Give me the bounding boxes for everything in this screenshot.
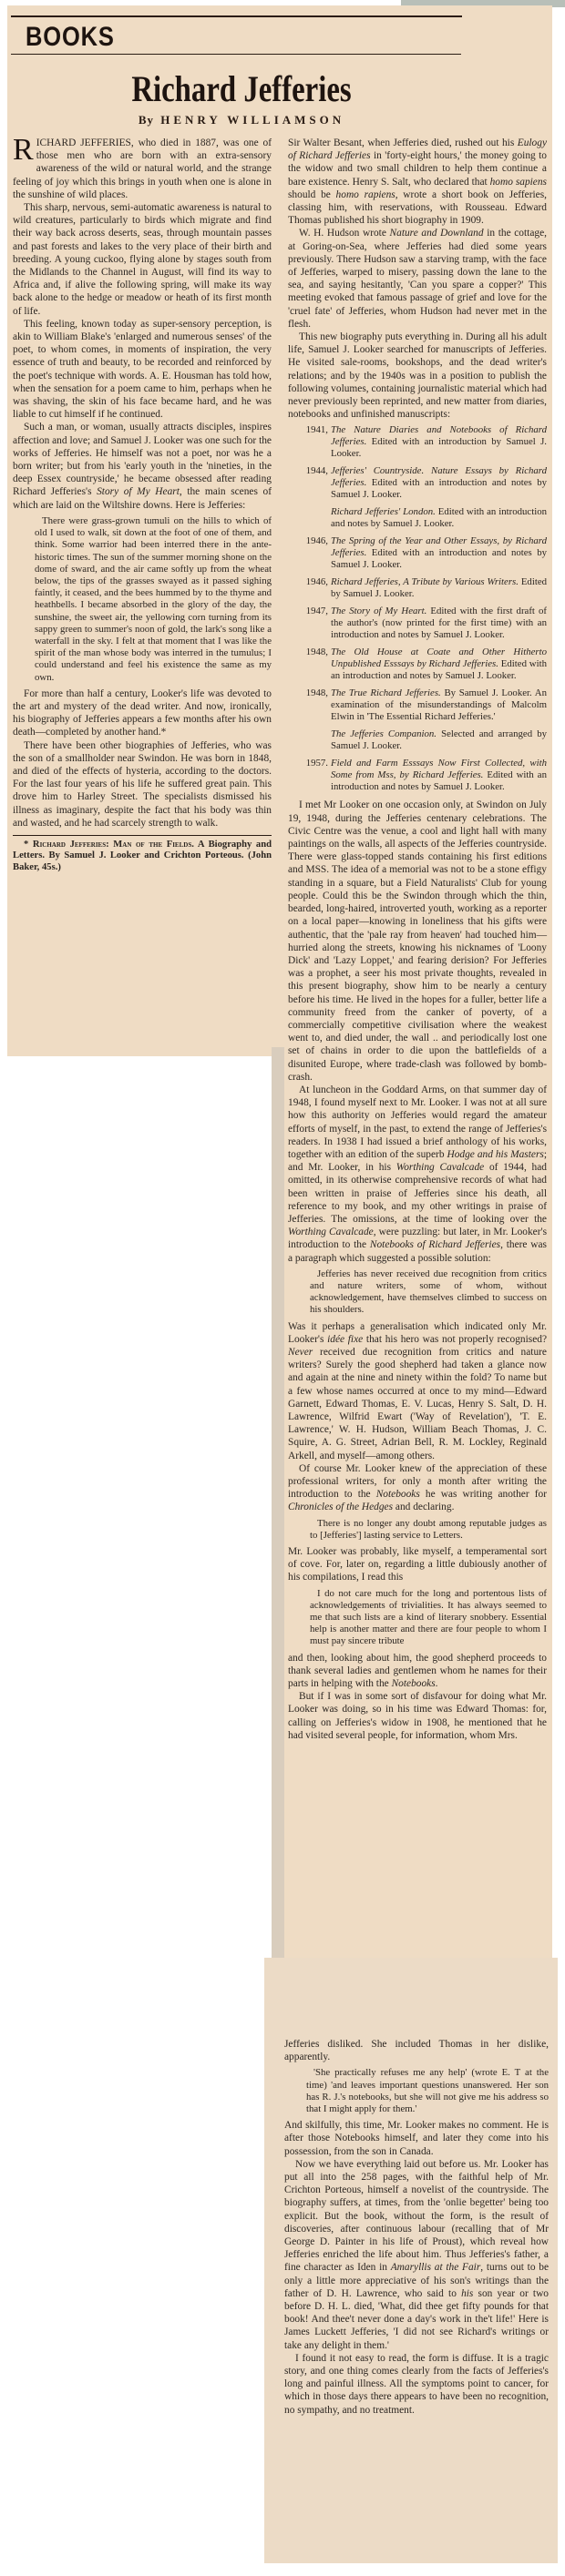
book-year: 1941, [301,424,331,460]
paragraph: For more than half a century, Looker's l… [13,687,272,739]
book-year: 1947, [301,606,331,641]
drop-cap: R [13,137,34,163]
book-list-item: 1948,The True Richard Jefferies. By Samu… [288,687,547,723]
paragraph: W. H. Hudson wrote Nature and Downland i… [288,227,547,331]
byline-author: HENRY WILLIAMSON [160,113,344,127]
book-year: 1944, [301,465,331,501]
footnote-rule [13,835,272,836]
book-list-item: 1957.Field and Farm Esssays Now First Co… [288,758,547,793]
book-year: 1946, [301,576,331,600]
book-list-item: The Jefferies Companion. Selected and ar… [288,728,547,752]
block-quote: There were grass-grown tumuli on the hil… [35,515,272,684]
paragraph: This new biography puts everything in. D… [288,331,547,421]
block-quote: Jefferies has never received due recogni… [310,1268,547,1317]
book-description: The Spring of the Year and Other Essays,… [331,535,547,571]
article-right-column: Sir Walter Besant, when Jefferies died, … [288,137,547,1742]
article-left-column: RICHARD JEFFERIES, who died in 1887, was… [13,137,272,873]
book-description: Richard Jefferies, A Tribute by Various … [331,576,547,600]
header-rule [11,54,461,55]
book-description: Jefferies' Countryside. Nature Essays by… [331,465,547,501]
book-description: The Jefferies Companion. Selected and ar… [331,728,547,752]
book-list-item: 1948,The Old House at Coate and Other Hi… [288,647,547,682]
paragraph: Was it perhaps a generalisation which in… [288,1320,547,1462]
section-label: BOOKS [26,22,115,53]
book-list-item: 1947,The Story of My Heart. Edited with … [288,606,547,641]
byline: By HENRY WILLIAMSON [0,113,483,127]
book-list-item: 1946,The Spring of the Year and Other Es… [288,535,547,571]
paragraph: Of course Mr. Looker knew of the appreci… [288,1462,547,1514]
article-headline: Richard Jefferies [44,67,440,110]
paragraph: Such a man, or woman, usually attracts d… [13,421,272,511]
paragraph: I found it not easy to read, the form is… [284,2352,549,2417]
book-year [301,728,331,752]
book-year: 1948, [301,687,331,723]
paragraph: And skilfully, this time, Mr. Looker mak… [284,2119,549,2158]
adjacent-clipping-strip [272,1047,284,1958]
book-year: 1946, [301,535,331,571]
book-description: Richard Jefferies' London. Edited with a… [331,506,547,530]
paragraph: Now we have everything laid out before u… [284,2158,549,2352]
article-continuation: Jefferies disliked. She included Thomas … [284,2038,549,2417]
block-quote: There is no longer any doubt among reput… [310,1518,547,1542]
book-list-item: 1944,Jefferies' Countryside. Nature Essa… [288,465,547,501]
paragraph: Mr. Looker was probably, like myself, a … [288,1545,547,1584]
paragraph: and then, looking about him, the good sh… [288,1652,547,1691]
paragraph: This feeling, known today as super-senso… [13,318,272,422]
block-quote: I do not care much for the long and port… [310,1588,547,1648]
byline-prefix: By [139,113,154,127]
book-list: 1941,The Nature Diaries and Notebooks of… [288,424,547,793]
book-list-item: 1946,Richard Jefferies, A Tribute by Var… [288,576,547,600]
block-quote: 'She practically refuses me any help' (w… [306,2067,549,2115]
footnote: * Richard Jefferies: Man of the Fields. … [13,840,272,873]
book-year: 1948, [301,647,331,682]
paragraph: But if I was in some sort of disfavour f… [288,1690,547,1742]
paragraph: At luncheon in the Goddard Arms, on that… [288,1084,547,1265]
book-list-item: Richard Jefferies' London. Edited with a… [288,506,547,530]
book-description: The Old House at Coate and Other Hithert… [331,647,547,682]
book-year: 1957. [301,758,331,793]
paragraph: Jefferies disliked. She included Thomas … [284,2038,549,2063]
paragraph: There have been other biographies of Jef… [13,739,272,830]
book-year [301,506,331,530]
top-rule [11,15,462,17]
book-list-item: 1941,The Nature Diaries and Notebooks of… [288,424,547,460]
book-description: The Nature Diaries and Notebooks of Rich… [331,424,547,460]
book-description: The Story of My Heart. Edited with the f… [331,606,547,641]
book-description: The True Richard Jefferies. By Samuel J.… [331,687,547,723]
paragraph: I met Mr Looker on one occasion only, at… [288,799,547,1083]
book-description: Field and Farm Esssays Now First Collect… [331,758,547,793]
paragraph-intro: RICHARD JEFFERIES, who died in 1887, was… [13,137,272,201]
paragraph: Sir Walter Besant, when Jefferies died, … [288,137,547,227]
paragraph: This sharp, nervous, semi-automatic awar… [13,201,272,318]
